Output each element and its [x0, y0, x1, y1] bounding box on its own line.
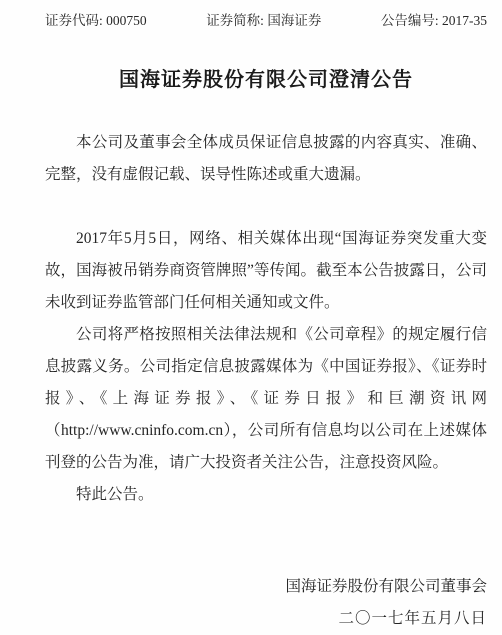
- page-title: 国海证券股份有限公司澄清公告: [45, 65, 487, 95]
- document-header: 证券代码: 000750 证券简称: 国海证券 公告编号: 2017-35: [45, 12, 487, 30]
- disclosure-media-paragraph: 公司将严格按照相关法律法规和《公司章程》的规定履行信息披露义务。公司指定信息披露…: [45, 319, 487, 479]
- announcement-number-text: 公告编号: 2017-35: [381, 12, 487, 30]
- signature-company: 国海证券股份有限公司董事会: [45, 571, 487, 603]
- signature-date: 二〇一七年五月八日: [45, 603, 487, 635]
- stock-name-text: 证券简称: 国海证券: [206, 12, 321, 30]
- rumor-paragraph: 2017年5月5日，网络、相关媒体出现“国海证券突发重大变故，国海被吊销券商资管…: [45, 223, 487, 319]
- signature-block: 国海证券股份有限公司董事会 二〇一七年五月八日: [45, 571, 487, 635]
- statement-paragraph: 本公司及董事会全体成员保证信息披露的内容真实、准确、完整，没有虚假记载、误导性陈…: [45, 127, 487, 191]
- stock-code-text: 证券代码: 000750: [45, 12, 147, 30]
- announcement-document: 证券代码: 000750 证券简称: 国海证券 公告编号: 2017-35 国海…: [0, 0, 502, 635]
- closing-paragraph: 特此公告。: [45, 479, 487, 511]
